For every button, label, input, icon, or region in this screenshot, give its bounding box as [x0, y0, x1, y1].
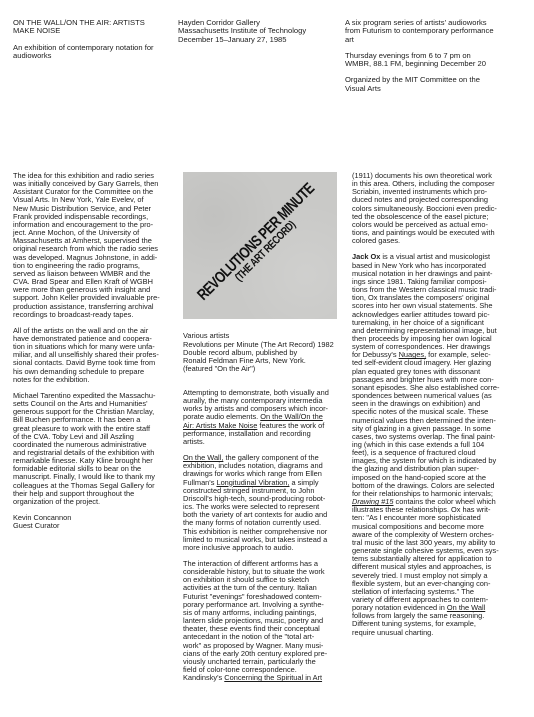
- series-line: art: [345, 35, 354, 44]
- essay-paragraph-jack-ox: Jack Ox is a visual artist and musicolog…: [352, 253, 527, 636]
- record-cover-title: REVOLUTIONS PER MINUTE (THE ART RECORD): [196, 181, 324, 309]
- book-title-reference: Concerning the Spiritual in Art: [224, 673, 322, 682]
- venue-info: Hayden Corridor Gallery Massachusetts In…: [178, 19, 338, 44]
- essay-right-column: (1911) documents his own theoretical wor…: [352, 172, 527, 637]
- header-right: A six program series of artists' audiowo…: [345, 19, 525, 93]
- organizer: Organized by the MIT Committee on the Vi…: [345, 76, 525, 93]
- text-line: more inclusive approach to audio.: [183, 543, 294, 552]
- series-line: from Futurism to contemporary performanc…: [345, 26, 494, 35]
- caption-line: (featured "On the Air"): [183, 364, 255, 373]
- record-album-cover-image: REVOLUTIONS PER MINUTE (THE ART RECORD): [183, 172, 337, 319]
- acknowledgements-column: The idea for this exhibition and radio s…: [13, 172, 178, 530]
- acknowledgements-paragraph-1: The idea for this exhibition and radio s…: [13, 172, 178, 319]
- text-line: artists.: [183, 437, 205, 446]
- essay-paragraph-on-the-wall: On the Wall, the gallery component of th…: [183, 454, 345, 552]
- broadcast-schedule: Thursday evenings from 6 to 7 pm on WMBR…: [345, 52, 525, 69]
- text-line: require unusual charting.: [352, 628, 433, 637]
- text-line: colored gases.: [352, 236, 400, 245]
- curator-signature: Kevin Concannon Guest Curator: [13, 514, 178, 530]
- text-line: recordings to broadcast-ready tapes.: [13, 310, 133, 319]
- exhibition-dates: December 15–January 27, 1985: [178, 35, 287, 44]
- schedule-line: WMBR, 88.1 FM, beginning December 20: [345, 59, 486, 68]
- essay-middle-column: Attempting to demonstrate, both visually…: [183, 389, 345, 682]
- record-title-main: REVOLUTIONS PER MINUTE: [195, 180, 317, 302]
- text-line: organization of the project.: [13, 497, 100, 506]
- essay-paragraph-synesthesia: (1911) documents his own theoretical wor…: [352, 172, 527, 245]
- exhibition-subtitle: An exhibition of contemporary notation f…: [13, 44, 163, 61]
- curator-title: Guest Curator: [13, 521, 59, 530]
- subtitle-line: audioworks: [13, 51, 51, 60]
- exhibition-title: ON THE WALL/ON THE AIR: ARTISTS MAKE NOI…: [13, 19, 163, 36]
- title-line: MAKE NOISE: [13, 26, 60, 35]
- series-description: A six program series of artists' audiowo…: [345, 19, 525, 44]
- image-caption: Various artists Revolutions per Minute (…: [183, 325, 343, 381]
- record-title-sub: (THE ART RECORD): [205, 190, 325, 310]
- acknowledgements-paragraph-2: All of the artists on the wall and on th…: [13, 327, 178, 384]
- header-middle: Hayden Corridor Gallery Massachusetts In…: [178, 19, 338, 44]
- essay-paragraph-intro: Attempting to demonstrate, both visually…: [183, 389, 345, 446]
- essay-paragraph-history: The interaction of different artforms ha…: [183, 560, 345, 682]
- organizer-line: Visual Arts: [345, 84, 381, 93]
- text-line: Kandinsky's: [183, 673, 224, 682]
- acknowledgements-paragraph-3: Michael Tarentino expedited the Massachu…: [13, 392, 178, 506]
- text-line: notes for the exhibition.: [13, 375, 89, 384]
- header-left: ON THE WALL/ON THE AIR: ARTISTS MAKE NOI…: [13, 19, 163, 60]
